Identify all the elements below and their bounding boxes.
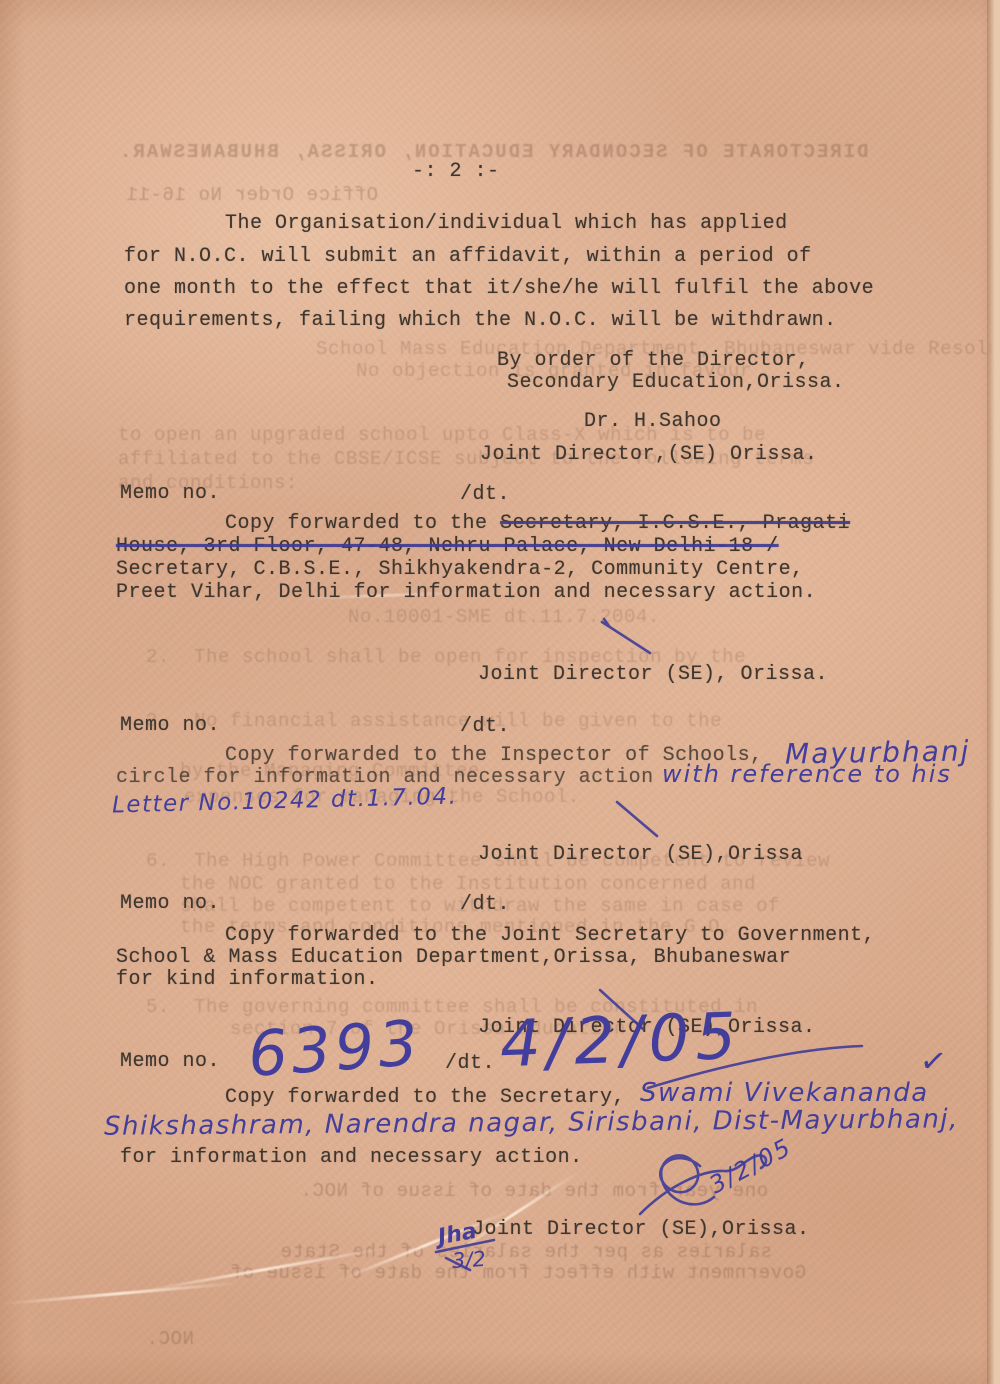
- memo2-handwritten-reference: with reference to his: [662, 760, 952, 788]
- memo4-handwritten-addressee2: Shikshashram, Narendra nagar, Sirisbani,…: [104, 1104, 959, 1141]
- paragraph-line: for N.O.C. will submit an affidavit, wit…: [124, 245, 812, 268]
- signatory-name: Dr. H.Sahoo: [584, 410, 722, 433]
- memo3-label: Memo no.: [120, 892, 220, 915]
- ghost-text-line: Government with effect from the date of …: [230, 1262, 806, 1284]
- memo3-copy-line3: for kind information.: [116, 968, 379, 991]
- memo1-copy-prefix: Copy forwarded to the: [225, 512, 500, 535]
- memo1-copy-line4: Preet Vihar, Delhi for information and n…: [116, 581, 816, 604]
- memo4-handwritten-addressee1: Swami Vivekananda: [640, 1078, 929, 1108]
- paragraph-line: one month to the effect that it/she/he w…: [124, 277, 874, 300]
- memo1-copy-line1: Copy forwarded to the Secretary, I.C.S.E…: [225, 512, 850, 535]
- pen-strokes-overlay: [0, 0, 1000, 1384]
- paper-texture: [0, 0, 1000, 1384]
- memo1-struck-text: Secretary, I.C.S.E., Pragati: [500, 512, 850, 535]
- signatory-designation: Joint Director,(SE) Orissa.: [480, 443, 818, 466]
- memo4-handwritten-tick: ✓: [917, 1040, 949, 1081]
- memo3-copy-line2: School & Mass Education Department,Oriss…: [116, 946, 791, 969]
- memo4-label: Memo no.: [120, 1050, 220, 1073]
- memo4-handwritten-date: 4/2/05: [499, 1000, 743, 1082]
- clerk-initials-date: 3/2: [451, 1247, 486, 1273]
- ghost-text-line: 3. No financial assistance will be given…: [146, 710, 722, 732]
- memo4-dt-label: /dt.: [445, 1052, 495, 1075]
- paragraph-line: requirements, failing which the N.O.C. w…: [124, 309, 837, 332]
- memo1-signature-title: Joint Director (SE), Orissa.: [478, 663, 828, 686]
- memo2-label: Memo no.: [120, 714, 220, 737]
- memo3-dt-label: /dt.: [460, 893, 510, 916]
- scan-edge: [987, 0, 1000, 1384]
- page-number: -: 2 :-: [412, 160, 500, 183]
- ghost-text-line: Office Order No 16-11: [126, 184, 378, 206]
- memo4-signature-title: Joint Director (SE),Orissa.: [472, 1218, 810, 1241]
- ghost-text-line: No.10001-SME dt.11.7.2004.: [348, 606, 660, 628]
- ghost-text-line: NOC.: [146, 1328, 194, 1350]
- memo1-copy-line3: Secretary, C.B.S.E., Shikhyakendra-2, Co…: [116, 558, 804, 581]
- memo4-copy-line1: Copy forwarded to the Secretary,: [225, 1086, 625, 1109]
- by-order-line: Secondary Education,Orissa.: [507, 371, 845, 394]
- memo4-handwritten-memo-number: 6393: [246, 1006, 424, 1091]
- memo1-dt-label: /dt.: [460, 483, 510, 506]
- memo1-label: Memo no.: [120, 482, 220, 505]
- paragraph-line: The Organisation/individual which has ap…: [225, 212, 788, 235]
- memo4-copy-line3: for information and necessary action.: [120, 1146, 583, 1169]
- memo2-signature-title: Joint Director (SE),Orissa: [478, 843, 803, 866]
- memo2-dt-label: /dt.: [460, 715, 510, 738]
- scanned-memo-page: DIRECTORATE OF SECONDARY EDUCATION, ORIS…: [0, 0, 1000, 1384]
- paper-crease: [0, 1282, 239, 1306]
- pen-slash-2: [617, 802, 657, 836]
- by-order-line: By order of the Director,: [497, 349, 810, 372]
- ghost-text-line: the NOC granted to the Institution conce…: [180, 873, 756, 895]
- memo1-struck-line2: House, 3rd Floor, 47-48, Nehru Palace, N…: [116, 535, 779, 558]
- memo3-copy-line1: Copy forwarded to the Joint Secretary to…: [225, 924, 875, 947]
